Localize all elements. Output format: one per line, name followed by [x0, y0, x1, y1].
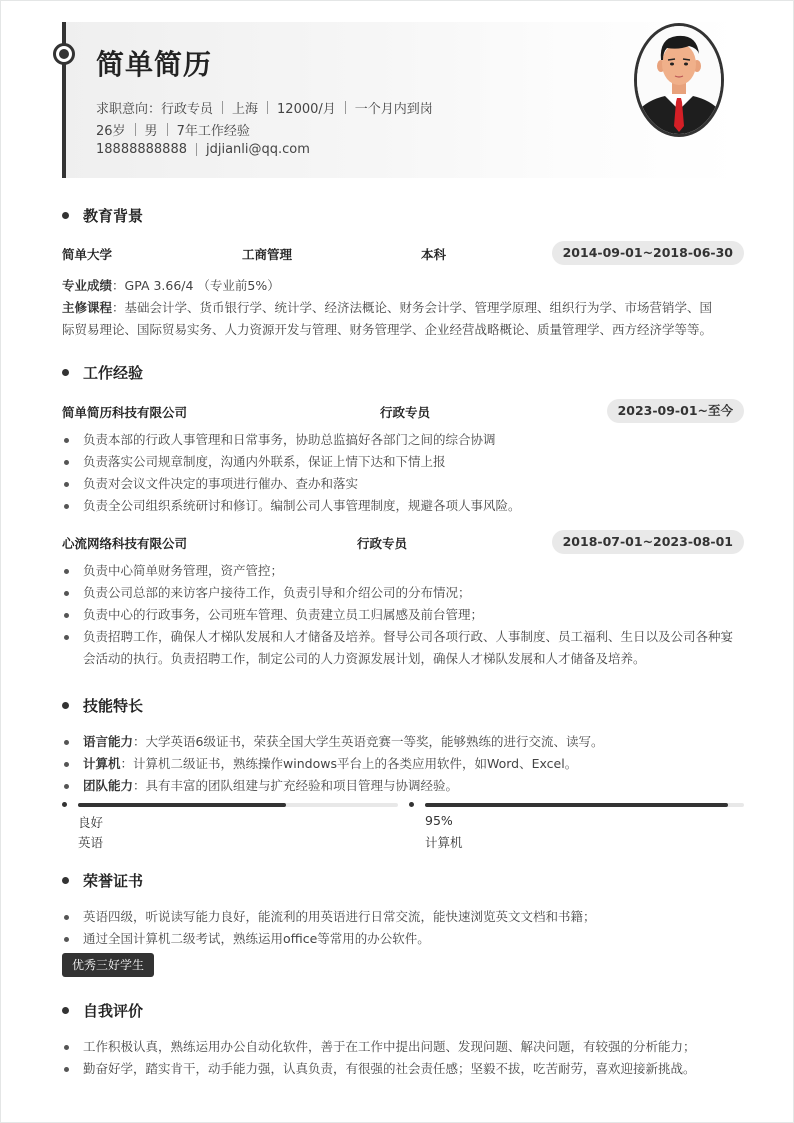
email: jdjianli@qq.com — [206, 142, 310, 157]
skill-level: 良好 — [78, 813, 103, 831]
honor-tag: 优秀三好学生 — [62, 953, 154, 977]
section-honors-title: 荣誉证书 — [62, 870, 143, 891]
list-item: 负责招聘工作，确保人才梯队发展和人才储备及培养。督导公司各项行政、人事制度、员工… — [62, 626, 744, 670]
resume-title: 简单简历 — [96, 43, 212, 83]
section-bullet-icon — [62, 702, 69, 709]
section-self-eval-title: 自我评价 — [62, 1000, 143, 1021]
education-row: 简单大学 工商管理 本科 2014-09-01~2018-06-30 — [62, 241, 744, 265]
intent-availability: 一个月内到岗 — [355, 98, 433, 117]
job-date-badge: 2023-09-01~至今 — [607, 399, 744, 423]
position: 行政专员 — [380, 403, 430, 421]
position: 行政专员 — [357, 534, 407, 552]
job-row-1: 简单简历科技有限公司 行政专员 2023-09-01~至今 — [62, 399, 744, 423]
list-item: 团队能力：具有丰富的团队组建与扩充经验和项目管理与协调经验。 — [62, 775, 744, 797]
section-skills-title: 技能特长 — [62, 695, 143, 716]
skill-level: 95% — [425, 813, 453, 828]
skill-name: 计算机 — [425, 833, 463, 851]
skill-text: ：计算机二级证书，熟练操作windows平台上的各类应用软件，如Word、Exc… — [121, 756, 578, 771]
courses-line: 主修课程：基础会计学、货币银行学、统计学、经济法概论、财务会计学、管理学原理、组… — [62, 298, 712, 316]
progress-fill — [425, 803, 728, 807]
skill-text: ：具有丰富的团队组建与扩充经验和项目管理与协调经验。 — [133, 778, 458, 793]
self-eval-list: 工作积极认真，熟练运用办公自动化软件，善于在工作中提出问题、发现问题、解决问题，… — [62, 1036, 744, 1080]
courses-line-2: 际贸易理论、国际贸易实务、人力资源开发与管理、财务管理学、企业经营战略概论、质量… — [62, 320, 712, 338]
intent-salary: 12000/月 — [277, 98, 336, 117]
list-item: 负责落实公司规章制度，沟通内外联系，保证上情下达和下情上报 — [62, 451, 744, 473]
list-item: 勤奋好学，踏实肯干，动手能力强，认真负责，有很强的社会责任感；坚毅不拔，吃苦耐劳… — [62, 1058, 744, 1080]
company: 心流网络科技有限公司 — [62, 534, 187, 552]
progress-fill — [78, 803, 286, 807]
list-item: 英语四级，听说读写能力良好，能流利的用英语进行日常交流，能快速浏览英文文档和书籍… — [62, 906, 744, 928]
divider — [345, 101, 346, 114]
list-item: 负责中心简单财务管理，资产管控； — [62, 560, 744, 582]
basic-info-line: 26岁 男 7年工作经验 — [96, 120, 250, 139]
skill-label: 计算机 — [83, 756, 121, 771]
divider — [267, 101, 268, 114]
courses-value: ：基础会计学、货币银行学、统计学、经济法概论、财务会计学、管理学原理、组织行为学… — [112, 300, 712, 315]
job-1-duties: 负责本部的行政人事管理和日常事务，协助总监搞好各部门之间的综合协调 负责落实公司… — [62, 429, 744, 517]
section-bullet-icon — [62, 877, 69, 884]
skill-label: 语言能力 — [83, 734, 133, 749]
avatar-portrait-icon — [637, 26, 721, 134]
job-2-duties: 负责中心简单财务管理，资产管控； 负责公司总部的来访客户接待工作，负责引导和介绍… — [62, 560, 744, 670]
skills-list: 语言能力：大学英语6级证书，荣获全国大学生英语竞赛一等奖，能够熟练的进行交流、读… — [62, 731, 744, 797]
divider — [135, 123, 136, 136]
job-date-badge: 2018-07-01~2023-08-01 — [552, 530, 744, 554]
age: 26岁 — [96, 120, 126, 139]
phone: 18888888888 — [96, 142, 187, 157]
section-title-text: 自我评价 — [83, 1000, 143, 1021]
honors-list: 英语四级，听说读写能力良好，能流利的用英语进行日常交流，能快速浏览英文文档和书籍… — [62, 906, 744, 950]
contact-line: 18888888888 jdjianli@qq.com — [96, 142, 310, 157]
timeline-ring-icon — [53, 43, 75, 65]
degree: 本科 — [421, 245, 446, 263]
list-item: 负责全公司组织系统研讨和修订。编制公司人事管理制度，规避各项人事风险。 — [62, 495, 744, 517]
skill-bullet-icon — [409, 802, 414, 807]
list-item: 负责公司总部的来访客户接待工作，负责引导和介绍公司的分布情况； — [62, 582, 744, 604]
section-bullet-icon — [62, 369, 69, 376]
job-row-2: 心流网络科技有限公司 行政专员 2018-07-01~2023-08-01 — [62, 530, 744, 554]
divider — [222, 101, 223, 114]
education-date-badge: 2014-09-01~2018-06-30 — [552, 241, 744, 265]
section-title-text: 教育背景 — [83, 205, 143, 226]
list-item: 语言能力：大学英语6级证书，荣获全国大学生英语竞赛一等奖，能够熟练的进行交流、读… — [62, 731, 744, 753]
skill-name: 英语 — [78, 833, 103, 851]
intent-position: 求职意向：行政专员 — [96, 98, 213, 117]
skill-text: ：大学英语6级证书，荣获全国大学生英语竞赛一等奖，能够熟练的进行交流、读写。 — [133, 734, 603, 749]
list-item: 工作积极认真，熟练运用办公自动化软件，善于在工作中提出问题、发现问题、解决问题，… — [62, 1036, 744, 1058]
divider — [196, 143, 197, 156]
list-item: 计算机：计算机二级证书，熟练操作windows平台上的各类应用软件，如Word、… — [62, 753, 744, 775]
section-bullet-icon — [62, 212, 69, 219]
intent-city: 上海 — [232, 98, 258, 117]
skill-label: 团队能力 — [83, 778, 133, 793]
job-intent-line: 求职意向：行政专员 上海 12000/月 一个月内到岗 — [96, 98, 433, 117]
list-item: 负责中心的行政事务，公司班车管理、负责建立员工归属感及前台管理； — [62, 604, 744, 626]
company: 简单简历科技有限公司 — [62, 403, 187, 421]
experience-years: 7年工作经验 — [177, 120, 250, 139]
resume-page: 简单简历 求职意向：行政专员 上海 12000/月 一个月内到岗 26岁 男 7… — [0, 0, 794, 1123]
section-title-text: 荣誉证书 — [83, 870, 143, 891]
school: 简单大学 — [62, 245, 112, 263]
list-item: 负责本部的行政人事管理和日常事务，协助总监搞好各部门之间的综合协调 — [62, 429, 744, 451]
gender: 男 — [145, 120, 158, 139]
section-bullet-icon — [62, 1007, 69, 1014]
list-item: 负责对会议文件决定的事项进行催办、查办和落实 — [62, 473, 744, 495]
courses-label: 主修课程 — [62, 300, 112, 315]
section-education-title: 教育背景 — [62, 205, 143, 226]
skill-bullet-icon — [62, 802, 67, 807]
divider — [167, 123, 168, 136]
list-item: 通过全国计算机二级考试，熟练运用office等常用的办公软件。 — [62, 928, 744, 950]
major: 工商管理 — [242, 245, 292, 263]
section-title-text: 技能特长 — [83, 695, 143, 716]
avatar — [634, 23, 724, 137]
gpa-line: 专业成绩：GPA 3.66/4 （专业前5%） — [62, 276, 280, 294]
progress-track — [78, 803, 398, 807]
gpa-value: ：GPA 3.66/4 （专业前5%） — [112, 278, 280, 293]
gpa-label: 专业成绩 — [62, 278, 112, 293]
progress-track — [425, 803, 744, 807]
section-title-text: 工作经验 — [83, 362, 143, 383]
section-work-title: 工作经验 — [62, 362, 143, 383]
